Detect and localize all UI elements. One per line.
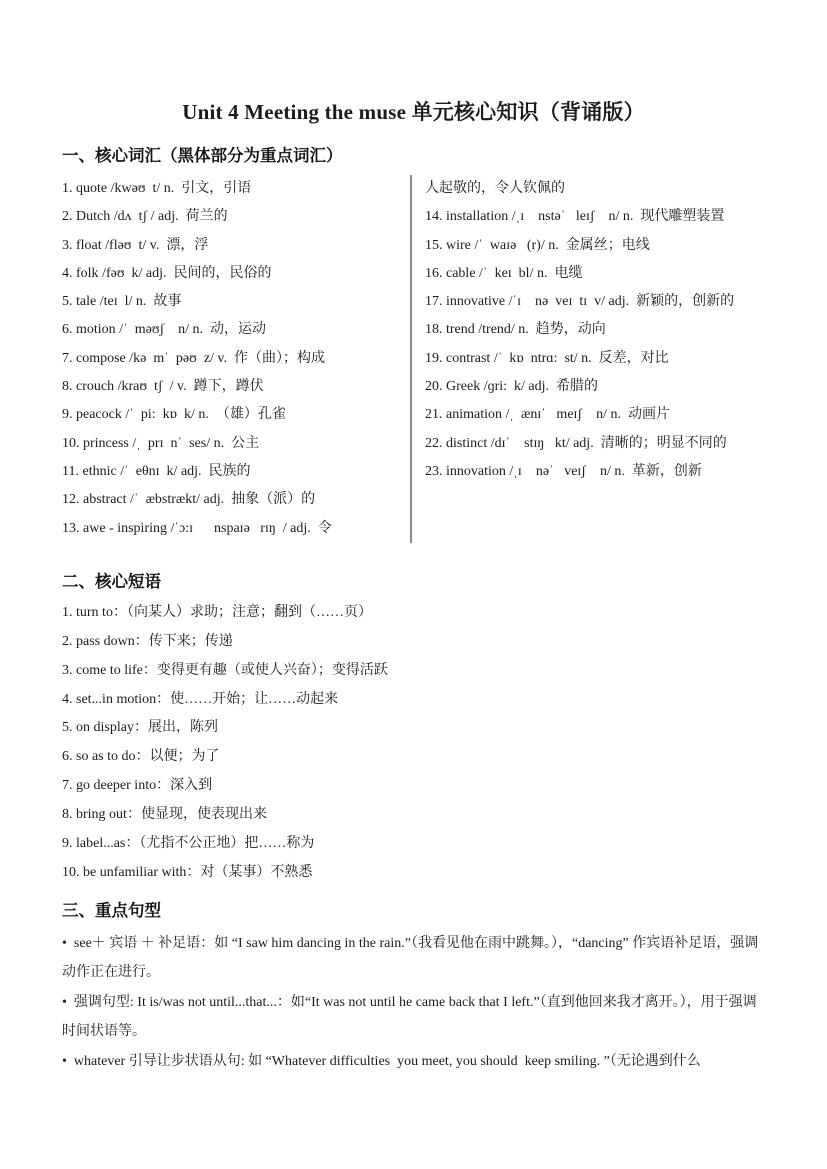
phrase-item: 9. label...as：（尤指不公正地）把……称为: [62, 830, 765, 859]
vocab-item: 18. trend /trend/ n. 趋势，动向: [425, 316, 765, 344]
phrase-item: 4. set...in motion：使……开始；让……动起来: [62, 686, 765, 715]
phrase-item: 6. so as to do：以便；为了: [62, 743, 765, 772]
phrase-item: 2. pass down：传下来；传递: [62, 628, 765, 657]
page-content: Unit 4 Meeting the muse 单元核心知识（背诵版） 一、核心…: [0, 0, 827, 1077]
vocab-item: 14. installation /ˌɪ nstəˈ leɪʃ n/ n. 现代…: [425, 203, 765, 231]
section-heading-phrases: 二、核心短语: [62, 568, 765, 592]
vocab-item-continuation: 人起敬的，令人钦佩的: [425, 175, 765, 203]
vocab-item: 9. peacock /ˈ pi: kɒ k/ n. （雄）孔雀: [62, 401, 404, 429]
vocab-item: 12. abstract /ˈ æbstrækt/ adj. 抽象（派）的: [62, 486, 404, 514]
vocab-item: 6. motion /ˈ məʊʃ n/ n. 动，运动: [62, 316, 404, 344]
phrase-item: 3. come to life：变得更有趣（或使人兴奋）；变得活跃: [62, 657, 765, 686]
section-heading-patterns: 三、重点句型: [62, 897, 765, 921]
vocab-item: 1. quote /kwəʊ t/ n. 引文，引语: [62, 175, 404, 203]
vocab-item: 19. contrast /ˈ kɒ ntrɑ: st/ n. 反差，对比: [425, 345, 765, 373]
vocab-item: 15. wire /ˈ waɪə (r)/ n. 金属丝；电线: [425, 232, 765, 260]
vocab-item: 3. float /fləʊ t/ v. 漂，浮: [62, 232, 404, 260]
section-heading-vocab: 一、核心词汇（黑体部分为重点词汇）: [62, 142, 765, 166]
phrase-list: 1. turn to：（向某人）求助；注意；翻到（……页） 2. pass do…: [62, 599, 765, 888]
vocab-item: 13. awe - inspiring /ˈɔ:ɪ nspaɪə rɪŋ / a…: [62, 515, 404, 543]
vocab-item: 2. Dutch /dʌ tʃ / adj. 荷兰的: [62, 203, 404, 231]
sentence-pattern-list: • see＋ 宾语 ＋ 补足语：如 “I saw him dancing in …: [62, 930, 765, 1077]
vocab-columns: 1. quote /kwəʊ t/ n. 引文，引语 2. Dutch /dʌ …: [62, 175, 765, 543]
vocab-item: 8. crouch /kraʊ tʃ / v. 蹲下，蹲伏: [62, 373, 404, 401]
vocab-column-right: 人起敬的，令人钦佩的 14. installation /ˌɪ nstəˈ le…: [412, 175, 765, 543]
vocab-item: 5. tale /teɪ l/ n. 故事: [62, 288, 404, 316]
vocab-item: 11. ethnic /ˈ eθnɪ k/ adj. 民族的: [62, 458, 404, 486]
phrase-item: 8. bring out：使显现，使表现出来: [62, 801, 765, 830]
document-page: Unit 4 Meeting the muse 单元核心知识（背诵版） 一、核心…: [0, 0, 827, 1169]
vocab-item: 7. compose /kə mˈ pəʊ z/ v. 作（曲）；构成: [62, 345, 404, 373]
vocab-item: 20. Greek /ɡri: k/ adj. 希腊的: [425, 373, 765, 401]
phrase-item: 7. go deeper into：深入到: [62, 772, 765, 801]
phrase-item: 10. be unfamiliar with：对（某事）不熟悉: [62, 859, 765, 888]
sentence-pattern-item: • whatever 引导让步状语从句: 如 “Whatever difficu…: [62, 1048, 765, 1077]
vocab-item: 22. distinct /dɪˈ stɪŋ kt/ adj. 清晰的；明显不同…: [425, 430, 765, 458]
vocab-item: 16. cable /ˈ keɪ bl/ n. 电缆: [425, 260, 765, 288]
sentence-pattern-item: • see＋ 宾语 ＋ 补足语：如 “I saw him dancing in …: [62, 930, 765, 987]
vocab-item: 4. folk /fəʊ k/ adj. 民间的，民俗的: [62, 260, 404, 288]
vocab-item: 17. innovative /ˈɪ nə veɪ tɪ v/ adj. 新颖的…: [425, 288, 765, 316]
vocab-column-left: 1. quote /kwəʊ t/ n. 引文，引语 2. Dutch /dʌ …: [62, 175, 410, 543]
page-title: Unit 4 Meeting the muse 单元核心知识（背诵版）: [62, 96, 765, 126]
sentence-pattern-item: • 强调句型: It is/was not until...that...：如“…: [62, 989, 765, 1046]
vocab-item: 10. princess /ˌ prɪ nˈ ses/ n. 公主: [62, 430, 404, 458]
phrase-item: 1. turn to：（向某人）求助；注意；翻到（……页）: [62, 599, 765, 628]
vocab-item: 23. innovation /ˌɪ nəˈ veɪʃ n/ n. 革新，创新: [425, 458, 765, 486]
phrase-item: 5. on display：展出，陈列: [62, 714, 765, 743]
vocab-item: 21. animation /ˌ ænɪˈ meɪʃ n/ n. 动画片: [425, 401, 765, 429]
